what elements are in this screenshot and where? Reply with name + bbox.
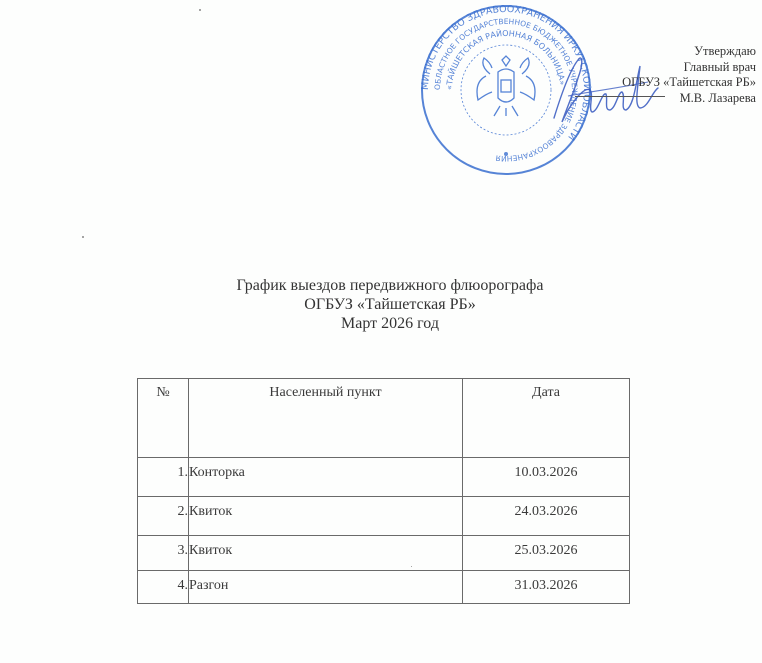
table-row: 1. Конторка 10.03.2026 xyxy=(138,458,630,497)
row-date: 31.03.2026 xyxy=(463,571,630,604)
row-number: 1. xyxy=(138,458,189,497)
table-header-row: № Населенный пункт Дата xyxy=(138,379,630,458)
approval-block: Утверждаю Главный врач ОГБУЗ «Тайшетская… xyxy=(622,44,756,106)
row-settlement: Квиток xyxy=(189,536,463,571)
coat-of-arms-icon xyxy=(477,56,535,116)
scan-speck xyxy=(199,9,201,11)
document-title: График выездов передвижного флюорографа … xyxy=(200,276,580,333)
row-settlement: Разгон xyxy=(189,571,463,604)
scan-speck xyxy=(411,566,412,567)
row-date: 24.03.2026 xyxy=(463,497,630,536)
title-line-1: График выездов передвижного флюорографа xyxy=(200,276,580,295)
table-row: 3. Квиток 25.03.2026 xyxy=(138,536,630,571)
table-row: 2. Квиток 24.03.2026 xyxy=(138,497,630,536)
row-number: 2. xyxy=(138,497,189,536)
row-date: 25.03.2026 xyxy=(463,536,630,571)
scan-speck xyxy=(82,236,84,238)
table-row: 4. Разгон 31.03.2026 xyxy=(138,571,630,604)
title-line-3: Март 2026 год xyxy=(200,314,580,333)
approval-position: Главный врач xyxy=(622,60,756,76)
document-page: МИНИСТЕРСТВО ЗДРАВООХРАНЕНИЯ ИРКУТСКОЙ О… xyxy=(0,0,762,663)
row-date: 10.03.2026 xyxy=(463,458,630,497)
row-number: 4. xyxy=(138,571,189,604)
title-line-2: ОГБУЗ «Тайшетская РБ» xyxy=(200,295,580,314)
header-number: № xyxy=(138,379,189,458)
approval-approve: Утверждаю xyxy=(622,44,756,60)
schedule-table: № Населенный пункт Дата 1. Конторка 10.0… xyxy=(137,378,630,604)
row-settlement: Квиток xyxy=(189,497,463,536)
approval-organization: ОГБУЗ «Тайшетская РБ» xyxy=(622,75,756,91)
approval-name: М.В. Лазарева xyxy=(622,91,756,107)
row-settlement: Конторка xyxy=(189,458,463,497)
header-settlement: Населенный пункт xyxy=(189,379,463,458)
header-date: Дата xyxy=(463,379,630,458)
row-number: 3. xyxy=(138,536,189,571)
